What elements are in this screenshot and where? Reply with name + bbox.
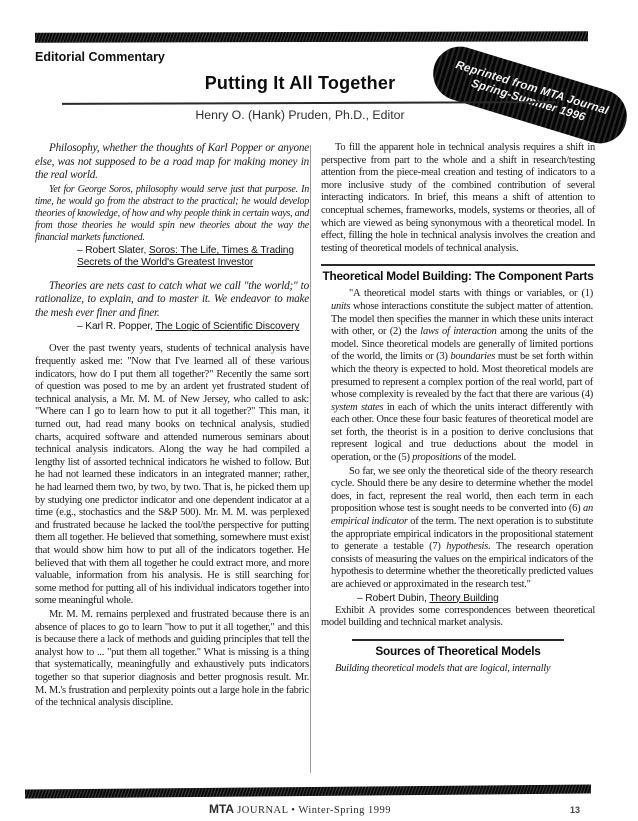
footer-bullet: • [291,805,295,816]
attribution-prefix: – Karl R. Popper, [77,321,155,332]
footer-journal: JOURNAL [237,805,288,816]
top-divider-bar [35,31,588,42]
spacer [35,333,309,343]
dubin-blockquote: "A theoretical model starts with things … [331,288,593,591]
epigraph-quote-2: Yet for George Soros, philosophy would s… [35,184,309,244]
book-title: Theory Building [429,593,498,604]
journal-page: Editorial Commentary Reprinted from MTA … [0,0,638,821]
attribution-prefix: – Robert Dubin, [357,593,429,604]
epigraph-quote-3: Theories are nets cast to catch what we … [35,280,309,321]
body-paragraph: Building theoretical models that are log… [321,663,595,676]
column-divider [310,145,311,773]
body-paragraph: To fill the apparent hole in technical a… [321,142,595,255]
page-number: 13 [570,805,580,815]
section-heading-sources: Sources of Theoretical Models [321,644,595,658]
right-column: To fill the apparent hole in technical a… [321,142,595,676]
attribution-popper: – Karl R. Popper, The Logic of Scientifi… [35,321,309,333]
section-heading-model-building: Theoretical Model Building: The Componen… [321,269,595,283]
section-rule [352,639,564,641]
attribution-prefix: – Robert Slater, [77,245,149,256]
footer: MTA JOURNAL • Winter-Spring 1999 [35,802,565,817]
footer-issue: Winter-Spring 1999 [298,805,391,816]
body-paragraph: Exhibit A provides some correspondences … [321,605,595,630]
page-title: Putting It All Together [35,73,565,93]
reprint-stamp: Reprinted from MTA Journal Spring-Summer… [426,40,633,150]
attribution-dubin: – Robert Dubin, Theory Building [321,593,595,605]
blockquote-paragraph: So far, we see only the theoretical side… [331,466,593,592]
body-paragraph: Mr. M. M. remains perplexed and frustrat… [35,609,309,710]
blockquote-paragraph: "A theoretical model starts with things … [331,288,593,464]
byline: Henry O. (Hank) Pruden, Ph.D., Editor [35,108,565,122]
epigraph-quote-1: Philosophy, whether the thoughts of Karl… [35,142,309,183]
body-paragraph: Over the past twenty years, students of … [35,343,309,607]
left-column: Philosophy, whether the thoughts of Karl… [35,142,309,711]
bottom-divider-bar [25,785,591,799]
book-title: The Logic of Scientific Discovery [155,321,299,332]
section-rule [321,264,595,266]
footer-brand: MTA [209,802,234,816]
attribution-slater: – Robert Slater, Soros: The Life, Times … [35,245,309,269]
kicker: Editorial Commentary [35,50,165,64]
